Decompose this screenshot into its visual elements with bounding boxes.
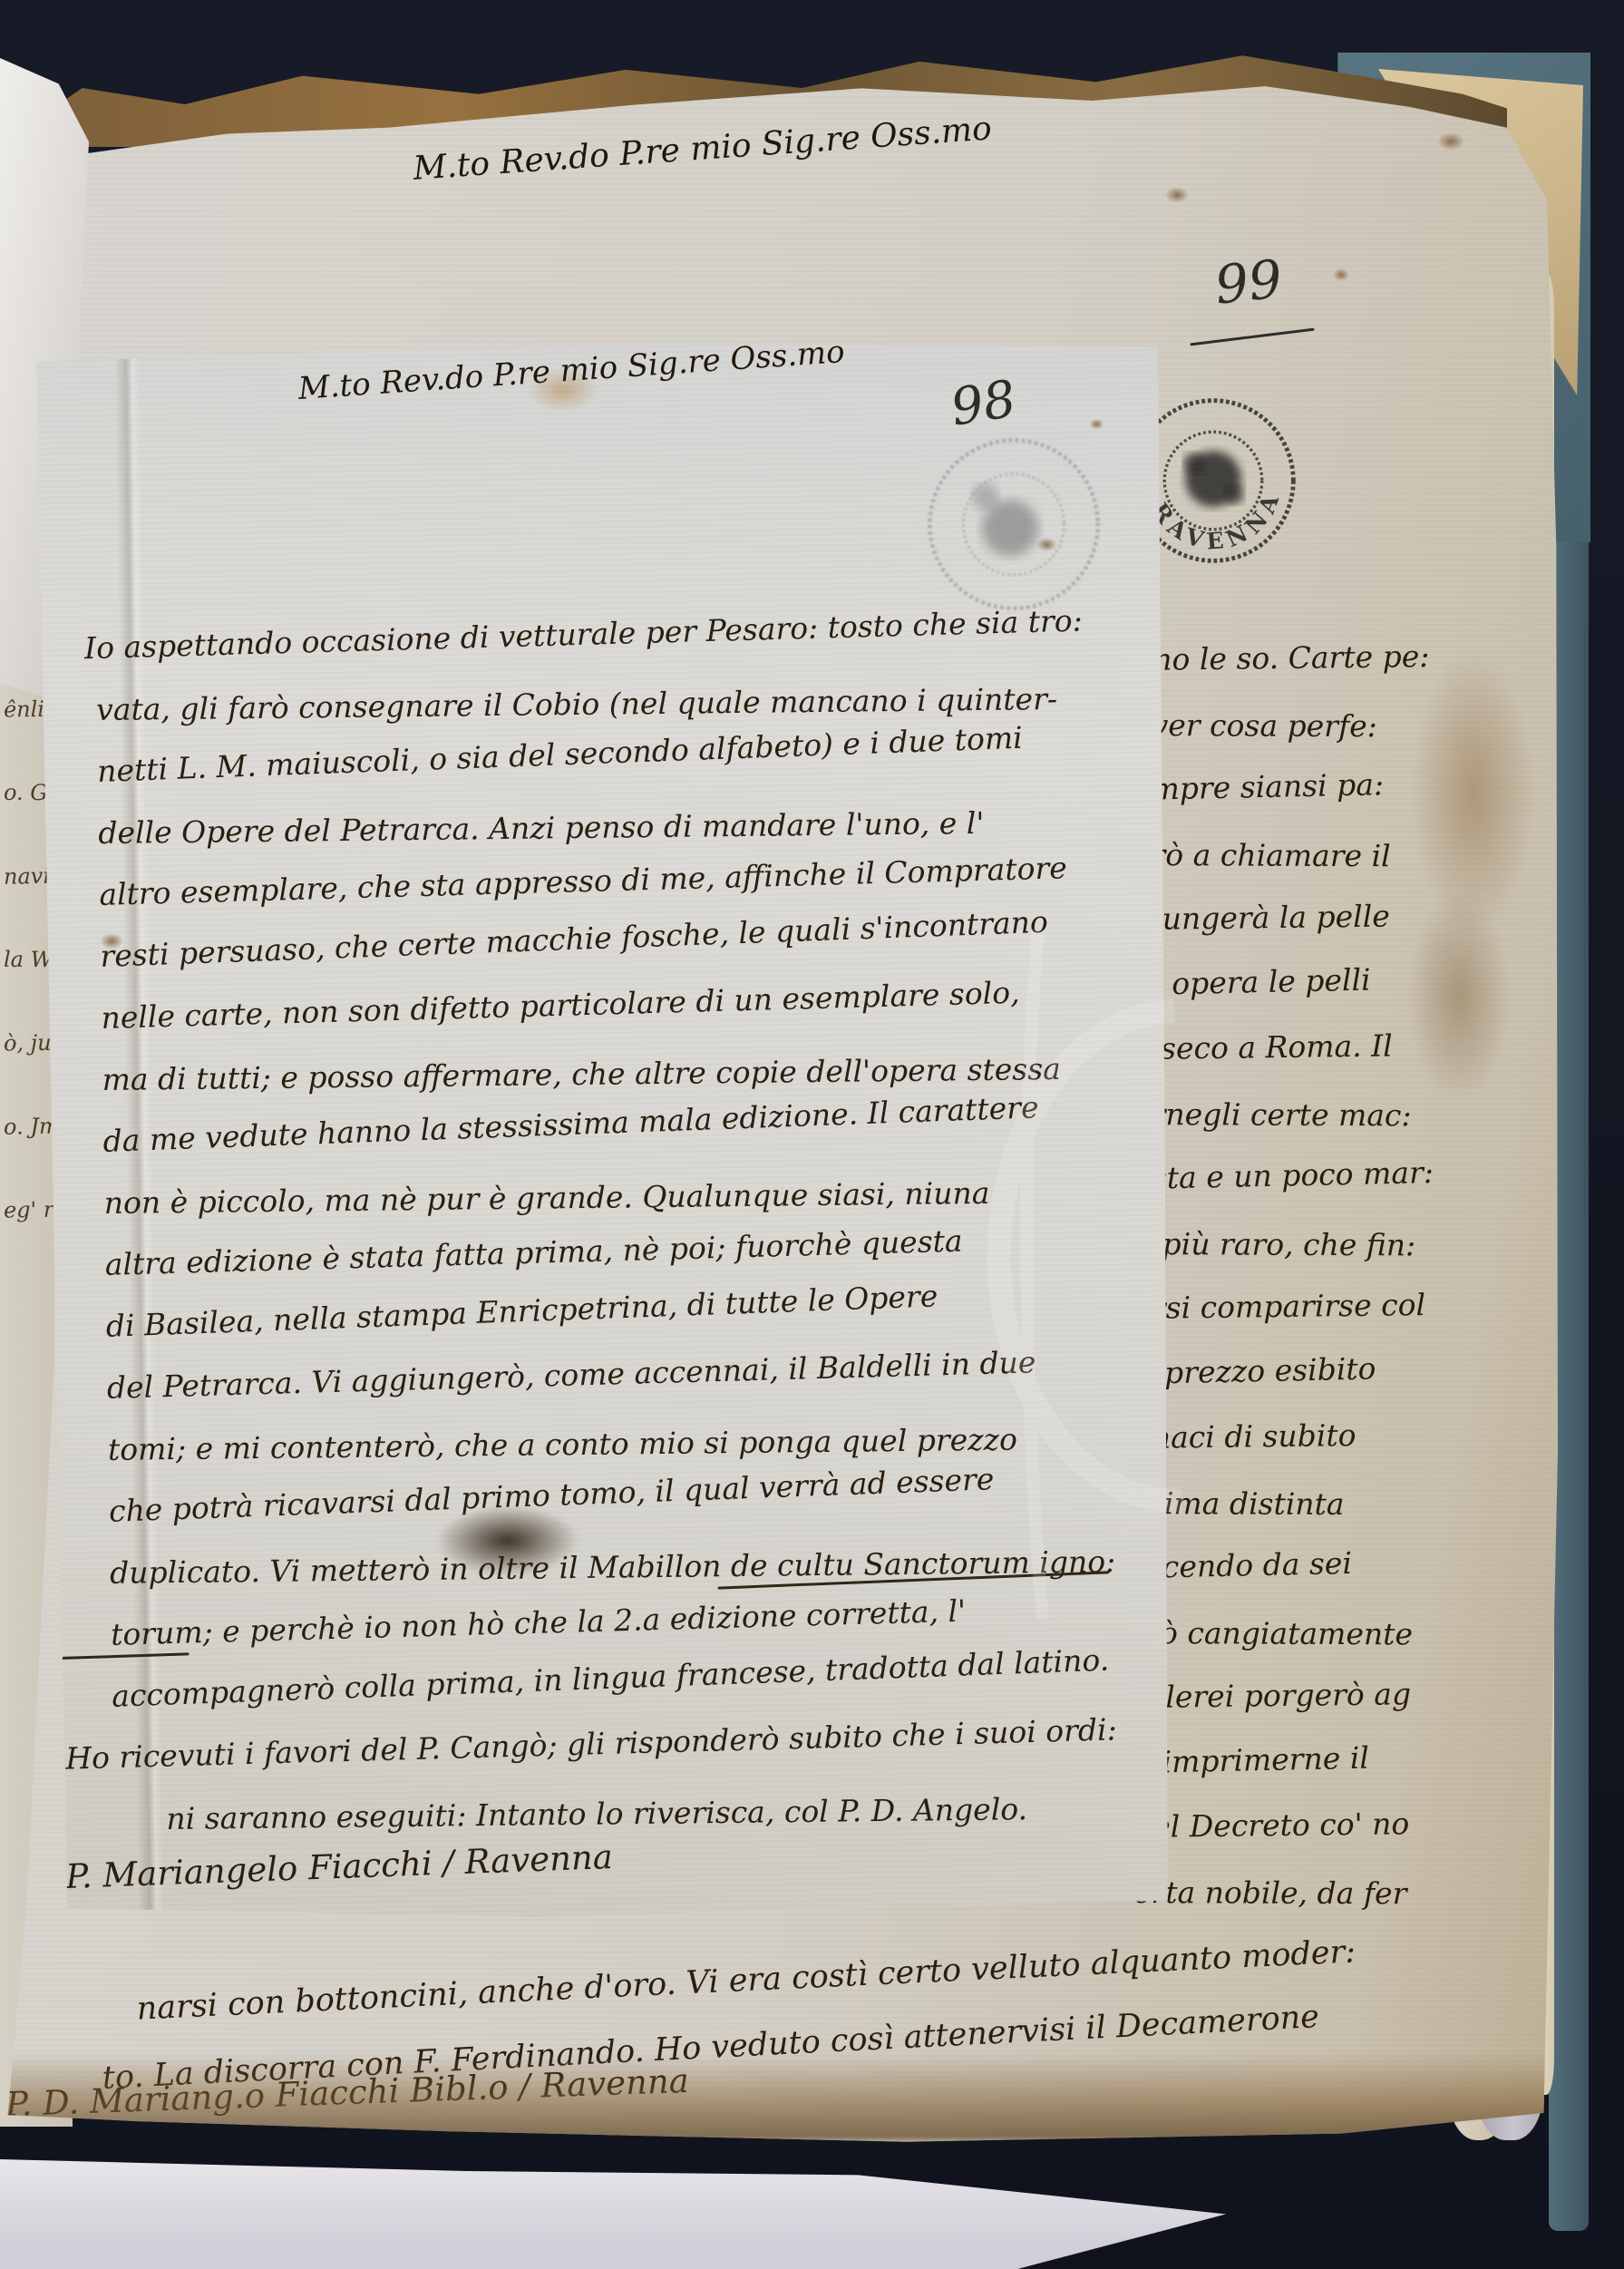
- folio-number-99-underline: [1190, 328, 1314, 346]
- stain-speck: [1333, 268, 1349, 281]
- manuscript-photo: ênlius po. Giova snavillla Wafsiò, jurem…: [0, 0, 1624, 2269]
- letter-page-98: M.to Rev.do P.re mio Sig.re Oss.mo 98 Io…: [36, 336, 1182, 1924]
- tissue-interleaf-bottom: [0, 2138, 1226, 2269]
- stain-speck: [1437, 132, 1464, 151]
- stain-speck: [1089, 419, 1104, 430]
- letter-99-salutation: M.to Rev.do P.re mio Sig.re Oss.mo: [412, 112, 958, 189]
- letter-98-body: Io aspettando occasione di vetturale per…: [61, 601, 1168, 1852]
- folio-number-98: 98: [948, 374, 1019, 433]
- foxing-stains: [1401, 640, 1546, 1148]
- stain-speck: [1165, 187, 1189, 203]
- folio-number-99: 99: [1212, 252, 1284, 311]
- bottom-stain-band: [0, 2053, 1558, 2140]
